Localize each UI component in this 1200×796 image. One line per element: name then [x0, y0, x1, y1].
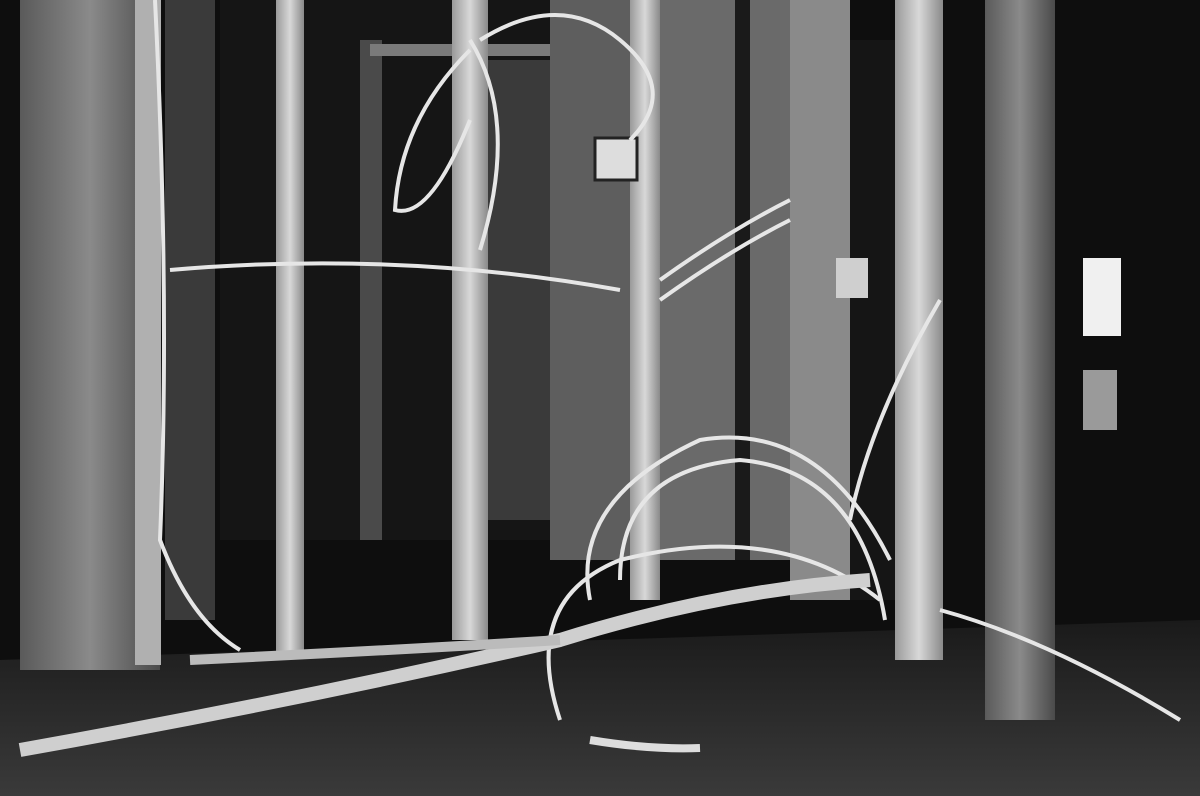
wall-stud — [276, 0, 304, 652]
wall-stud — [895, 0, 943, 660]
window-opening — [1083, 258, 1121, 336]
wall-stud — [985, 0, 1055, 720]
outlet-box — [836, 258, 868, 298]
wall-stud — [452, 0, 488, 640]
junction-box — [595, 138, 637, 180]
wall-stud — [630, 0, 660, 600]
photograph — [0, 0, 1200, 796]
construction-interior-scene — [0, 0, 1200, 796]
